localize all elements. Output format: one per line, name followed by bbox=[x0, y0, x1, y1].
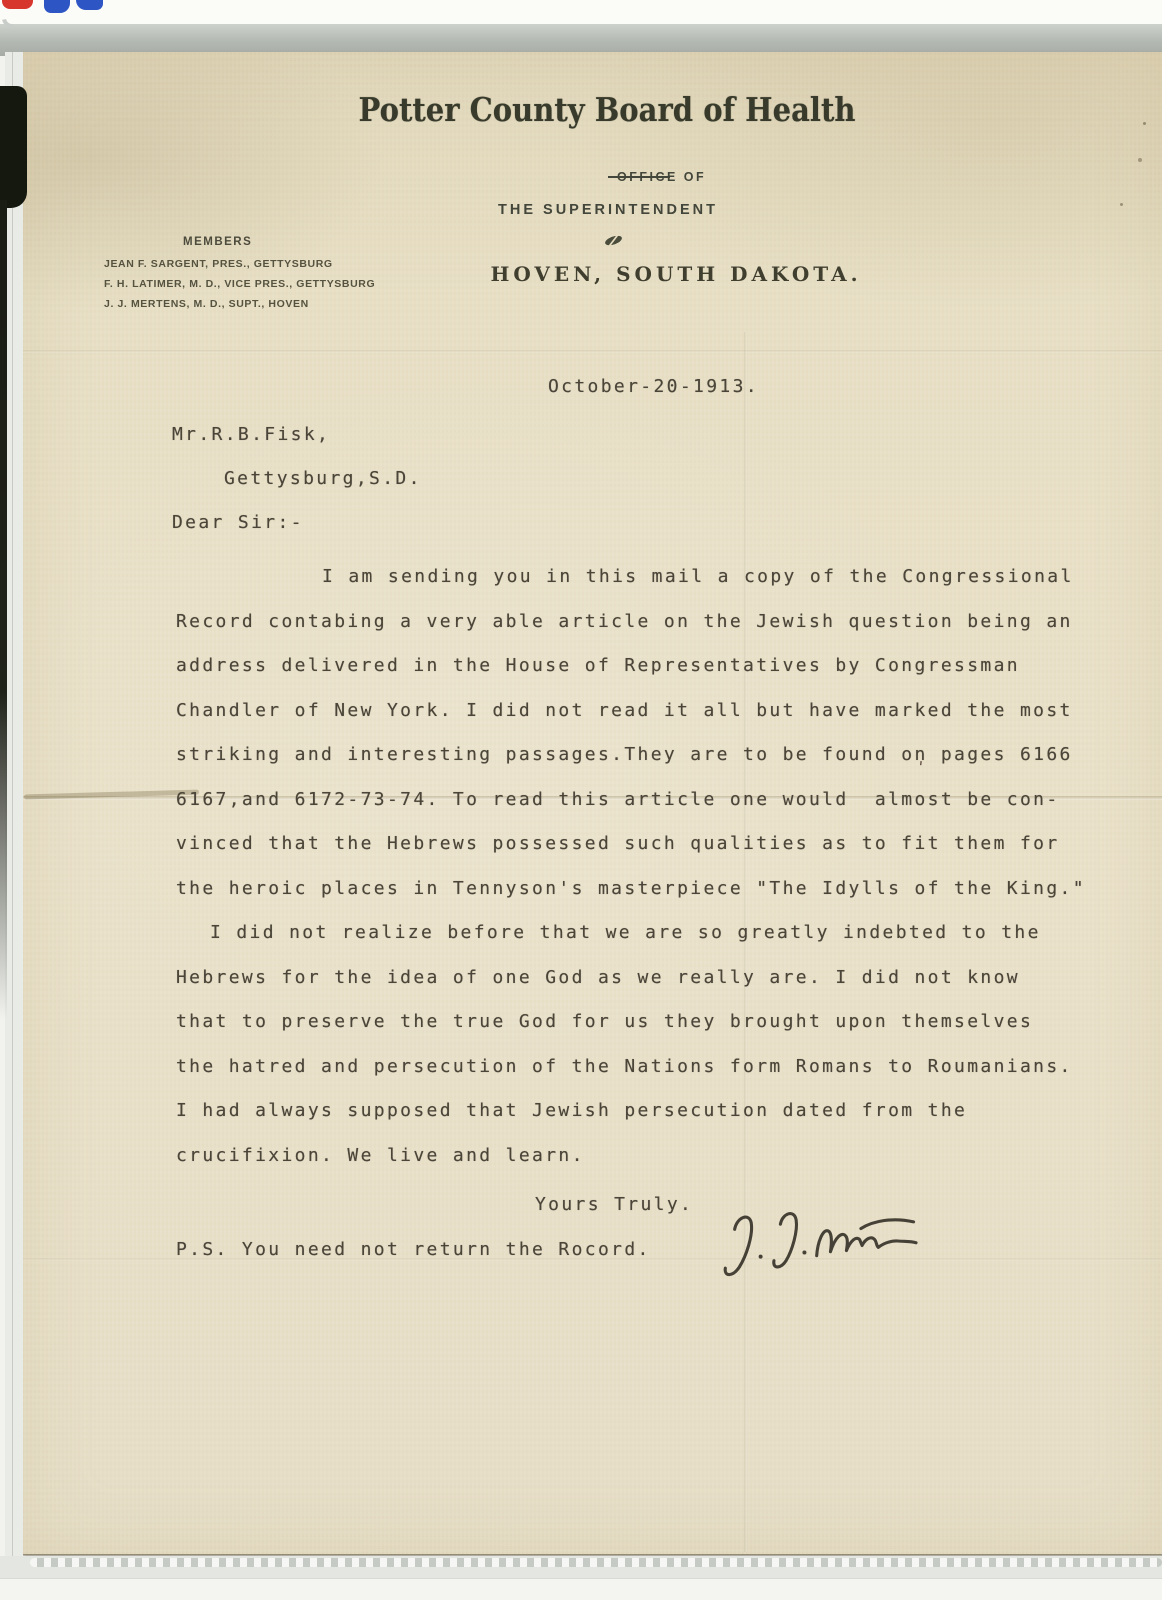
paper-speck bbox=[1138, 158, 1142, 162]
body-line: I had always supposed that Jewish persec… bbox=[176, 1100, 967, 1121]
member-line: F. H. LATIMER, M. D., VICE PRES., GETTYS… bbox=[104, 278, 375, 290]
cropped-logo-fragment-blue-right bbox=[76, 0, 103, 10]
body-line: that to preserve the true God for us the… bbox=[176, 1011, 1033, 1032]
body-line: vinced that the Hebrews possessed such q… bbox=[176, 833, 1060, 854]
body-line: Record contabing a very able article on … bbox=[176, 611, 1073, 632]
sleeve-left-edge bbox=[5, 52, 23, 1580]
member-line: JEAN F. SARGENT, PRES., GETTYSBURG bbox=[104, 258, 333, 270]
letterhead-superintendent: THE SUPERINTENDENT bbox=[498, 202, 718, 218]
paper-speck bbox=[1143, 122, 1146, 125]
signature bbox=[712, 1196, 927, 1296]
letterhead-location: HOVEN, SOUTH DAKOTA. bbox=[490, 262, 861, 286]
member-line: J. J. MERTENS, M. D., SUPT., HOVEN bbox=[104, 298, 309, 310]
body-line: the heroic places in Tennyson's masterpi… bbox=[176, 878, 1086, 899]
sleeve-bottom-white-band bbox=[0, 1578, 1162, 1600]
recipient-city: Gettysburg,S.D. bbox=[224, 468, 422, 489]
body-line: Chandler of New York. I did not read it … bbox=[176, 700, 1073, 721]
body-line: crucifixion. We live and learn. bbox=[176, 1145, 585, 1166]
postscript: P.S. You need not return the Rocord. bbox=[176, 1239, 651, 1260]
scan-dark-edge-strip bbox=[0, 200, 7, 1020]
salutation: Dear Sir:- bbox=[172, 512, 304, 533]
body-line: Hebrews for the idea of one God as we re… bbox=[176, 967, 1020, 988]
scan-dark-blob bbox=[0, 86, 27, 208]
paper-speck bbox=[1120, 203, 1123, 206]
scanned-letter-page: Potter County Board of Health OFFICE OF … bbox=[0, 0, 1162, 1600]
stray-typed-mark: ' bbox=[915, 758, 926, 777]
sleeve-top-white-band bbox=[0, 0, 1162, 26]
sleeve-bottom-bead-row bbox=[30, 1558, 1162, 1567]
recipient-name: Mr.R.B.Fisk, bbox=[172, 424, 330, 445]
rule-right bbox=[608, 176, 670, 178]
body-line: 6167,and 6172-73-74. To read this articl… bbox=[176, 789, 1060, 810]
closing: Yours Truly. bbox=[535, 1194, 693, 1215]
body-line: I did not realize before that we are so … bbox=[210, 922, 1041, 943]
letterhead-title: Potter County Board of Health bbox=[359, 90, 856, 129]
cropped-logo-fragment-red bbox=[2, 0, 33, 9]
members-heading: MEMBERS bbox=[183, 236, 252, 248]
sleeve-left-seam bbox=[12, 52, 13, 1580]
body-line: address delivered in the House of Repres… bbox=[176, 655, 1020, 676]
body-line: the hatred and persecution of the Nation… bbox=[176, 1056, 1073, 1077]
letter-date: October-20-1913. bbox=[548, 376, 759, 397]
body-line: striking and interesting passages.They a… bbox=[176, 744, 1073, 765]
fold-crease-top bbox=[22, 350, 1162, 353]
body-line: I am sending you in this mail a copy of … bbox=[322, 566, 1074, 587]
